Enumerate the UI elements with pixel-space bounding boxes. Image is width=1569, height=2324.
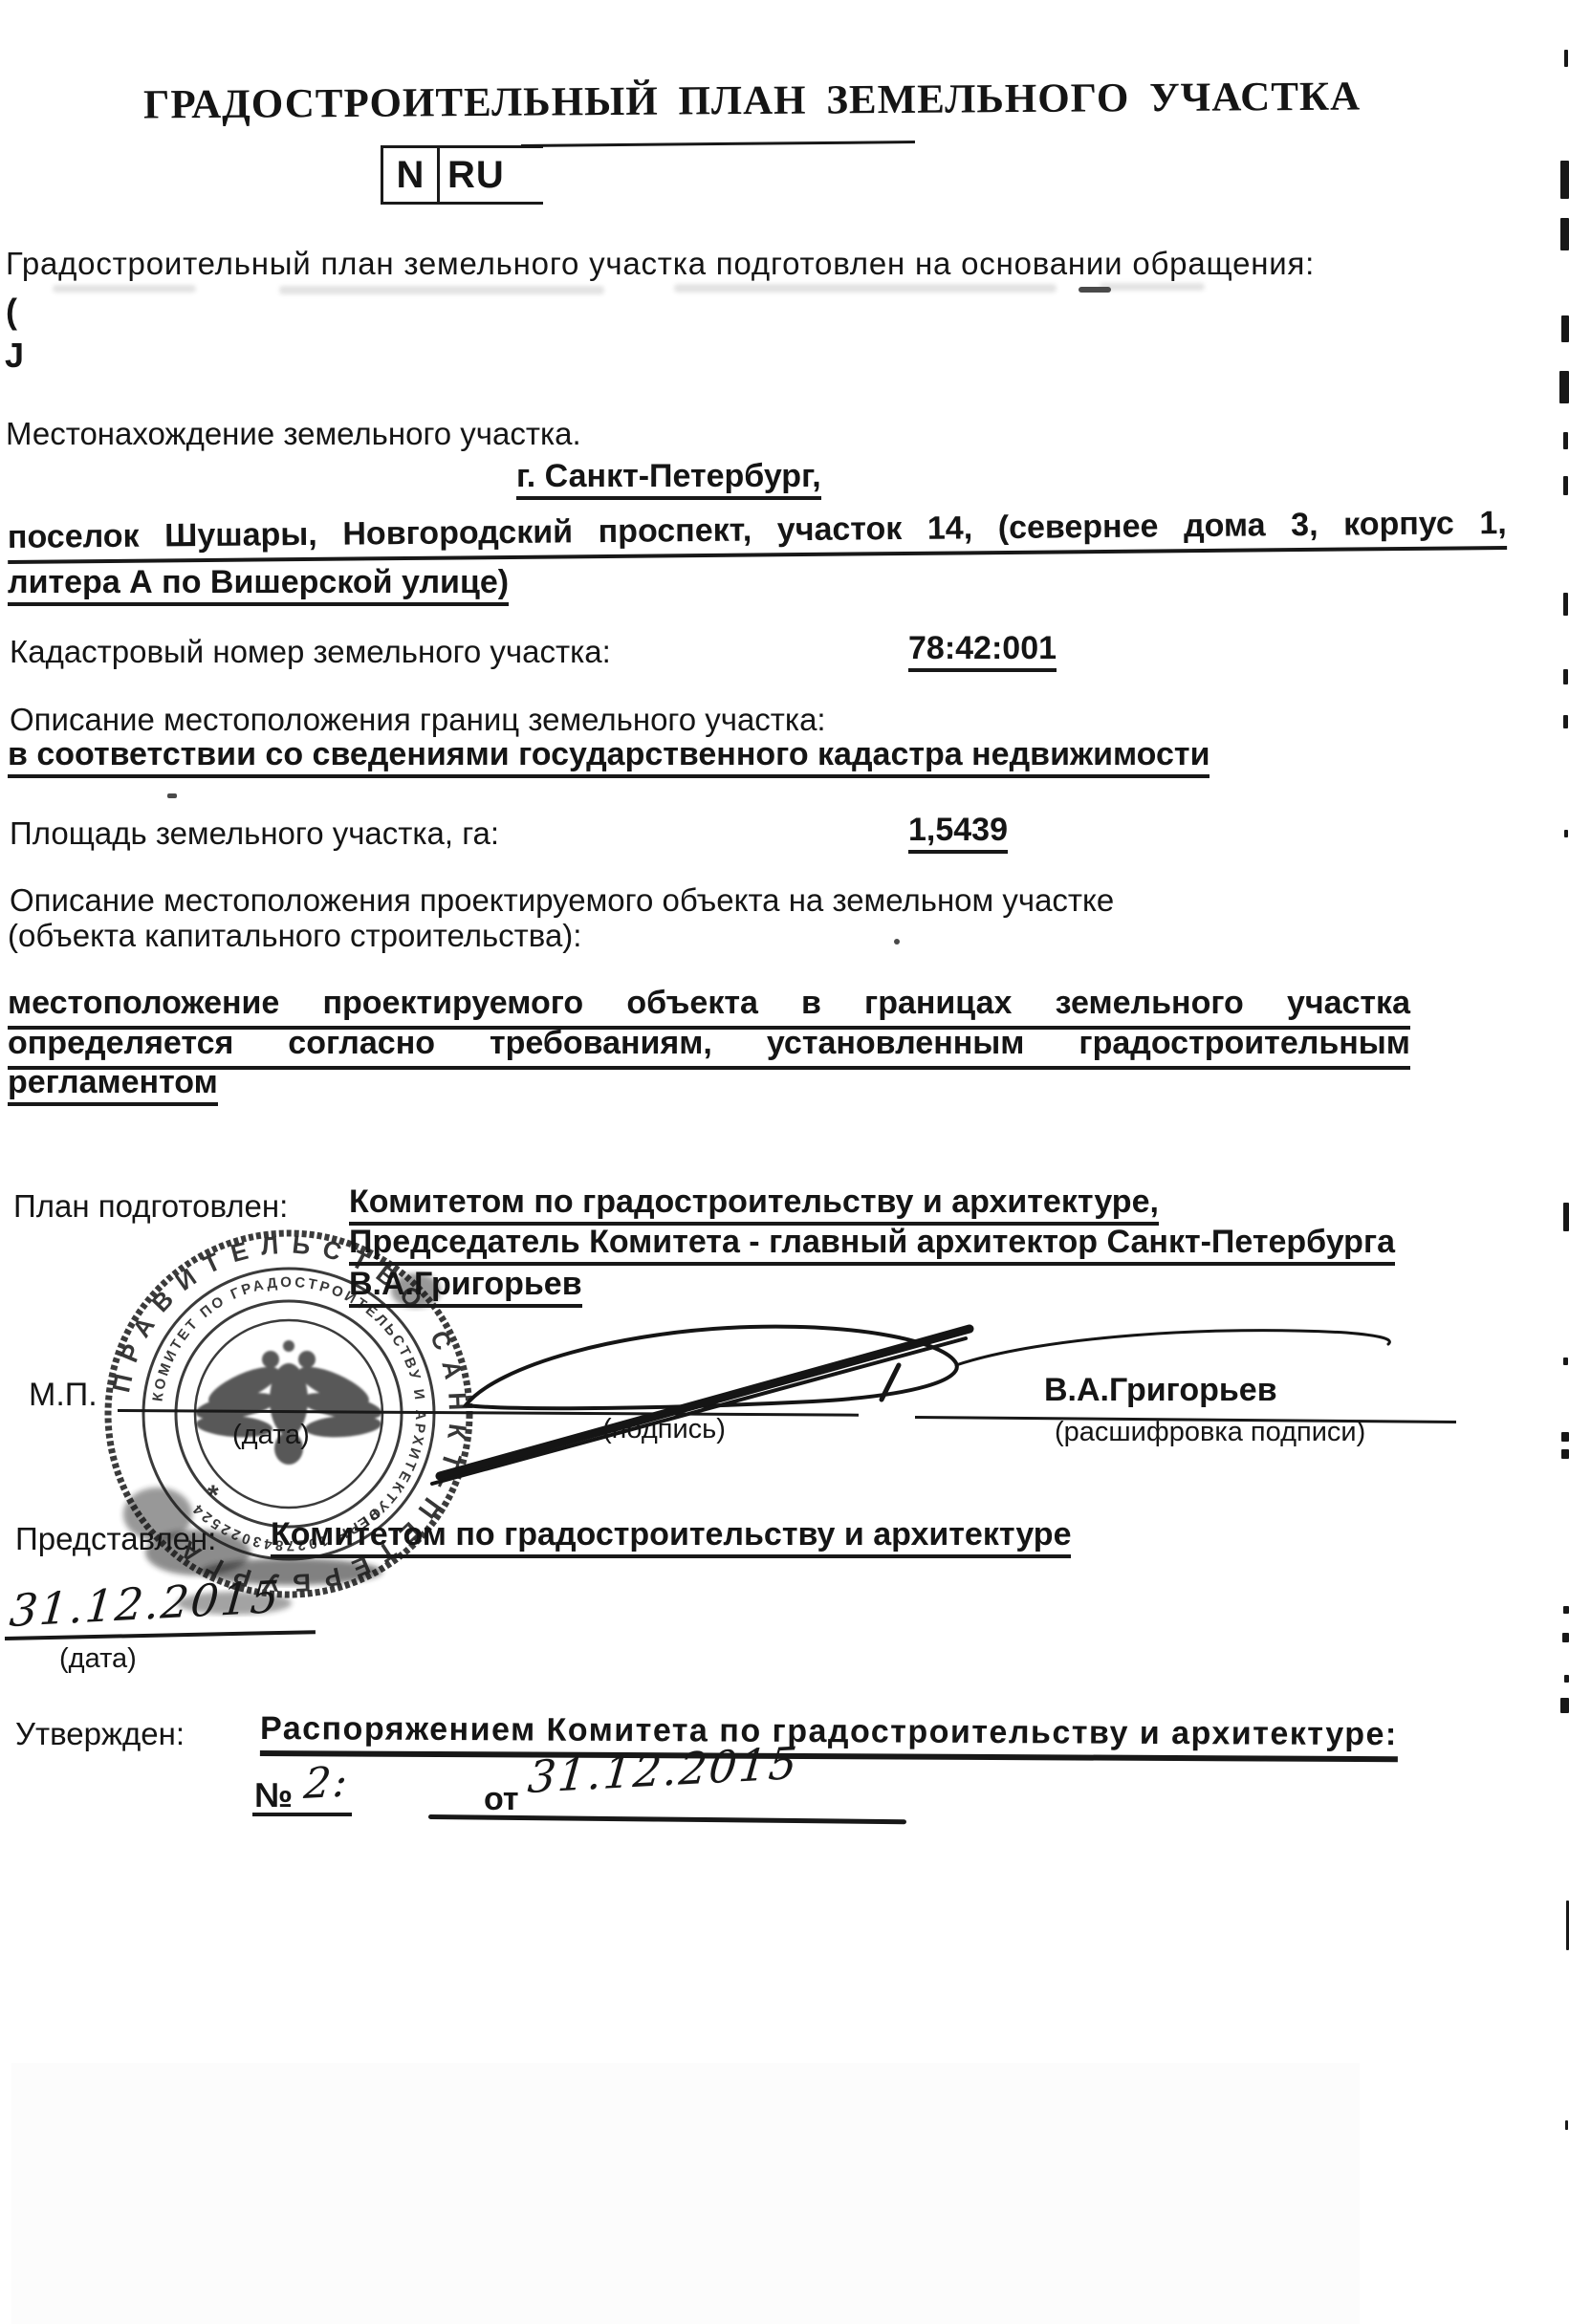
handwritten-signature [0,0,1569,2324]
document-page: ГРАДОСТРОИТЕЛЬНЫЙ ПЛАН ЗЕМЕЛЬНОГО УЧАСТК… [0,0,1569,2324]
